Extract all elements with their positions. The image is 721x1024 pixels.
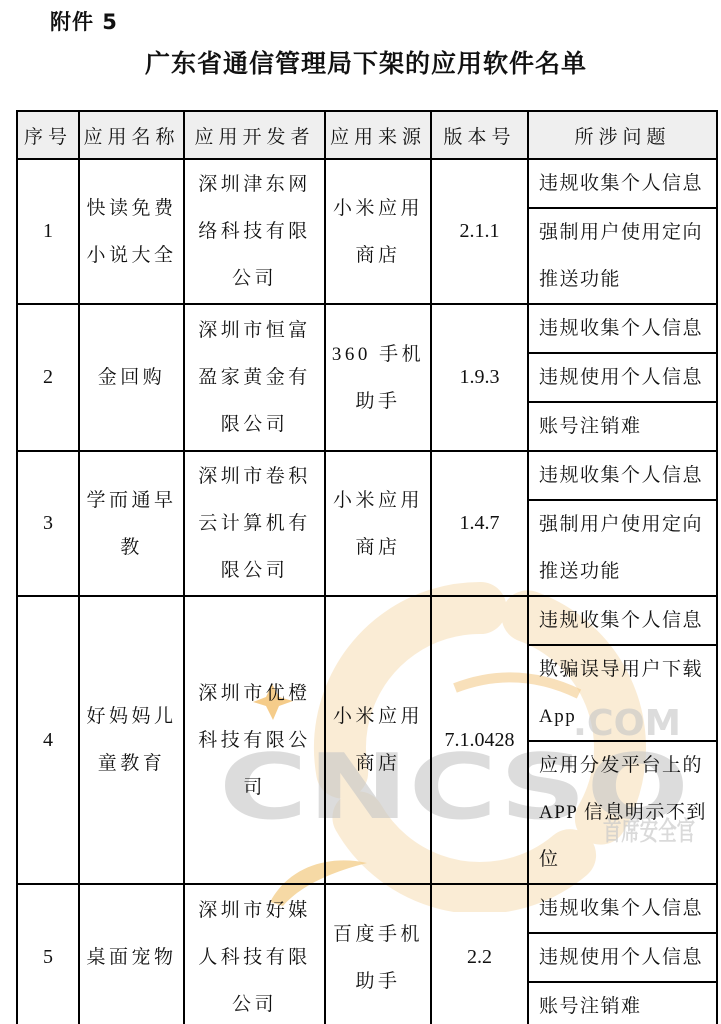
cell-issue: 账号注销难 (528, 982, 717, 1024)
table-row: 2 金回购 深圳市恒富盈家黄金有限公司 360 手机助手 1.9.3 违规收集个… (17, 304, 717, 353)
cell-issue: 应用分发平台上的APP 信息明示不到位 (528, 741, 717, 884)
cell-no: 1 (17, 159, 79, 304)
col-header-source: 应用来源 (325, 111, 431, 159)
cell-app-name: 好妈妈儿童教育 (79, 596, 184, 884)
cell-app-name: 金回购 (79, 304, 184, 451)
cell-issue: 账号注销难 (528, 402, 717, 451)
cell-no: 3 (17, 451, 79, 596)
cell-app-name: 学而通早教 (79, 451, 184, 596)
cell-developer: 深圳市恒富盈家黄金有限公司 (184, 304, 325, 451)
cell-issue: 强制用户使用定向推送功能 (528, 208, 717, 304)
table-header-row: 序号 应用名称 应用开发者 应用来源 版本号 所涉问题 (17, 111, 717, 159)
document-page: { "page": { "attachment_label": "附件 5", … (0, 0, 721, 1024)
table-row: 5 桌面宠物 深圳市好媒人科技有限公司 百度手机助手 2.2 违规收集个人信息 (17, 884, 717, 933)
cell-no: 5 (17, 884, 79, 1024)
cell-source: 小米应用商店 (325, 596, 431, 884)
cell-issue: 违规收集个人信息 (528, 304, 717, 353)
table-row: 3 学而通早教 深圳市卷积云计算机有限公司 小米应用商店 1.4.7 违规收集个… (17, 451, 717, 500)
cell-version: 7.1.0428 (431, 596, 528, 884)
cell-issue: 强制用户使用定向推送功能 (528, 500, 717, 596)
cell-version: 2.1.1 (431, 159, 528, 304)
cell-issue: 违规收集个人信息 (528, 884, 717, 933)
col-header-app-name: 应用名称 (79, 111, 184, 159)
cell-source: 360 手机助手 (325, 304, 431, 451)
cell-developer: 深圳市优橙科技有限公司 (184, 596, 325, 884)
cell-developer: 深圳市好媒人科技有限公司 (184, 884, 325, 1024)
cell-developer: 深圳市卷积云计算机有限公司 (184, 451, 325, 596)
cell-issue: 违规使用个人信息 (528, 353, 717, 402)
cell-no: 2 (17, 304, 79, 451)
cell-issue: 欺骗误导用户下载App (528, 645, 717, 741)
cell-version: 2.2 (431, 884, 528, 1024)
cell-version: 1.9.3 (431, 304, 528, 451)
cell-no: 4 (17, 596, 79, 884)
cell-source: 小米应用商店 (325, 451, 431, 596)
cell-issue: 违规使用个人信息 (528, 933, 717, 982)
app-removal-table: 序号 应用名称 应用开发者 应用来源 版本号 所涉问题 1 快读免费小说大全 深… (16, 110, 718, 1024)
cell-app-name: 快读免费小说大全 (79, 159, 184, 304)
cell-issue: 违规收集个人信息 (528, 451, 717, 500)
cell-developer: 深圳津东网络科技有限公司 (184, 159, 325, 304)
cell-app-name: 桌面宠物 (79, 884, 184, 1024)
cell-issue: 违规收集个人信息 (528, 596, 717, 645)
col-header-no: 序号 (17, 111, 79, 159)
attachment-label: 附件 5 (50, 6, 118, 36)
col-header-developer: 应用开发者 (184, 111, 325, 159)
page-title: 广东省通信管理局下架的应用软件名单 (16, 44, 716, 80)
cell-source: 小米应用商店 (325, 159, 431, 304)
table-row: 1 快读免费小说大全 深圳津东网络科技有限公司 小米应用商店 2.1.1 违规收… (17, 159, 717, 208)
table-row: 4 好妈妈儿童教育 深圳市优橙科技有限公司 小米应用商店 7.1.0428 违规… (17, 596, 717, 645)
col-header-version: 版本号 (431, 111, 528, 159)
col-header-issues: 所涉问题 (528, 111, 717, 159)
cell-source: 百度手机助手 (325, 884, 431, 1024)
cell-issue: 违规收集个人信息 (528, 159, 717, 208)
cell-version: 1.4.7 (431, 451, 528, 596)
